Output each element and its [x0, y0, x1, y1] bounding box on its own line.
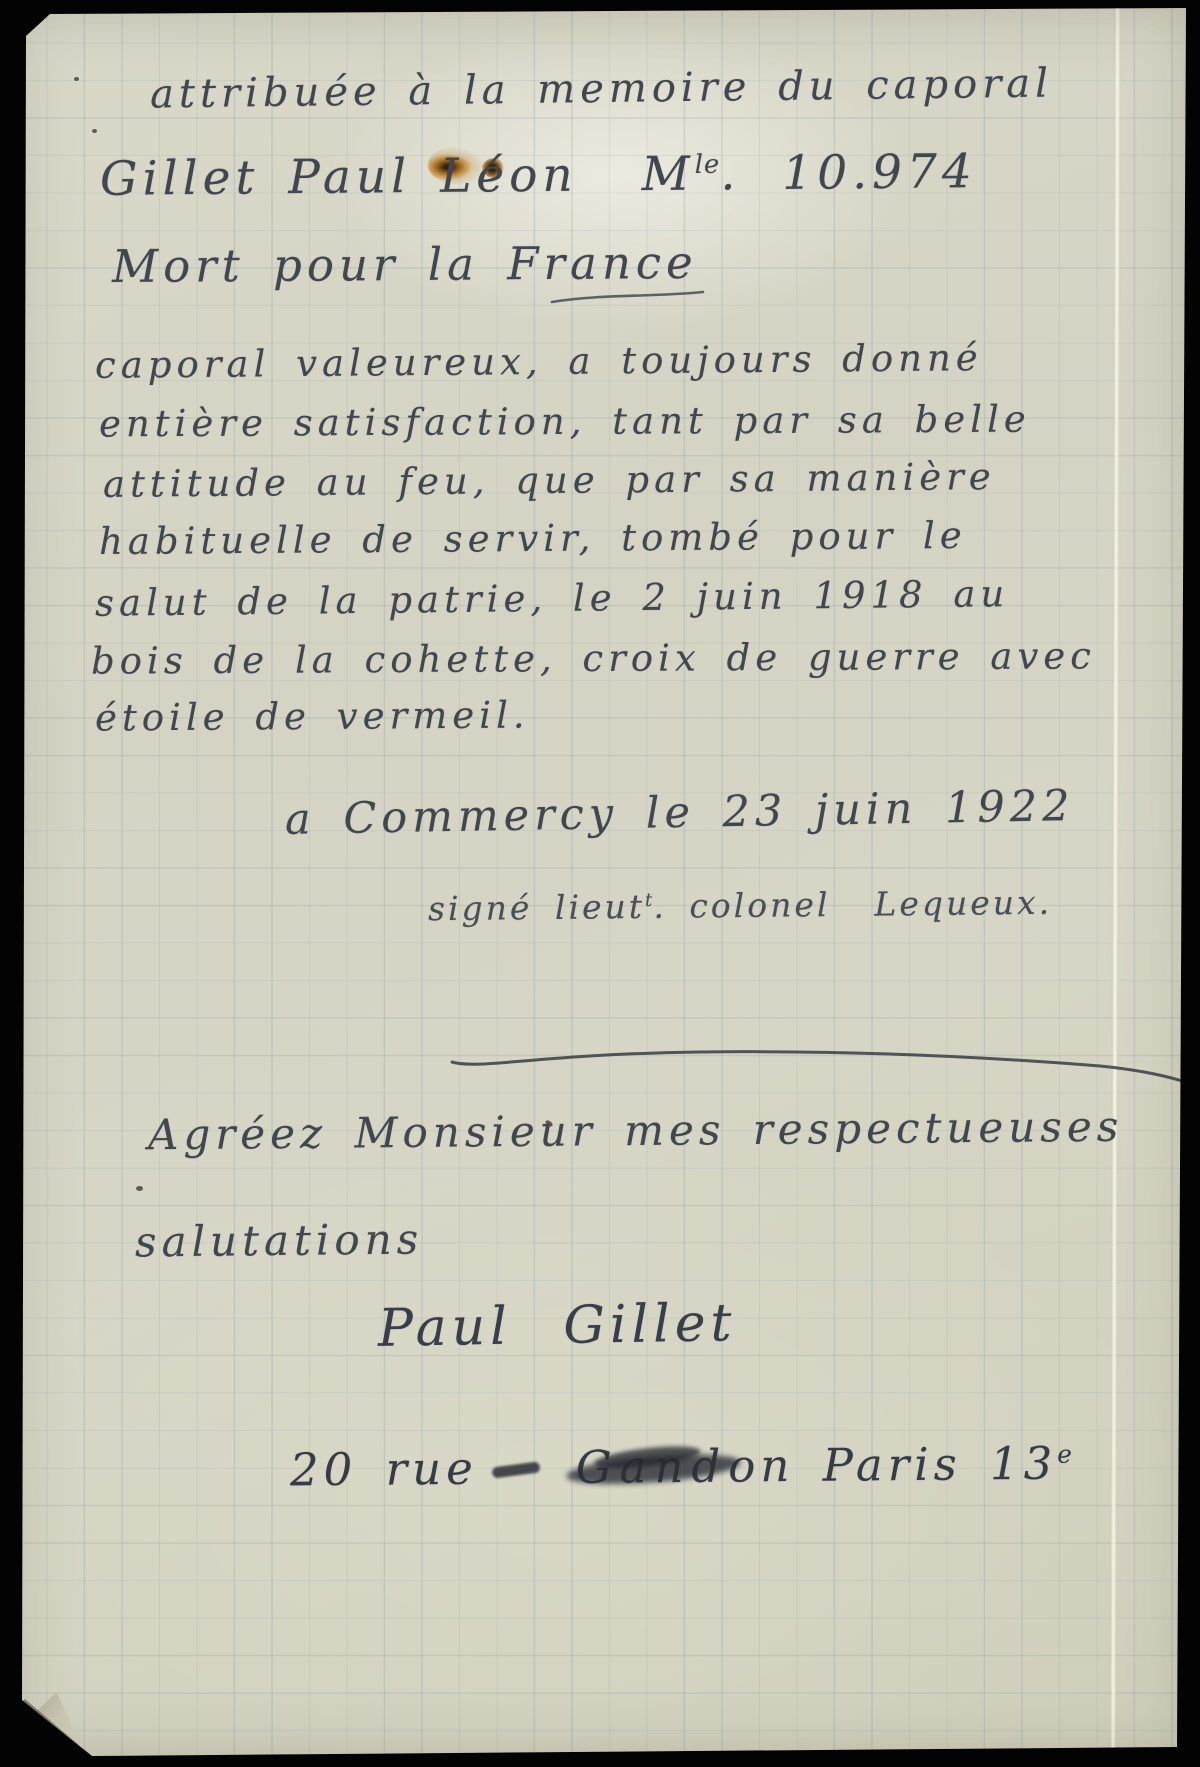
address-city: on Paris 13	[728, 1437, 1057, 1493]
address-number-street: 20 rue	[290, 1442, 478, 1497]
ink-blot-dash	[491, 1461, 540, 1478]
colonel-name: Lequeux.	[874, 883, 1052, 924]
matricule-number: 10.974	[782, 144, 977, 201]
address-line: 20 rueGandon Paris 13e	[290, 1437, 1073, 1497]
ink-burn-stain	[428, 146, 486, 184]
paper-speck	[136, 1186, 143, 1191]
name-matricule-line: Gillet Paul LéonMle.10.974	[100, 144, 977, 207]
closing-line-1: Agréez Monsieur mes respectueuses	[148, 1102, 1124, 1160]
superscript: t	[645, 890, 654, 911]
dateline: a Commercy le 23 juin 1922	[285, 781, 1075, 845]
ink-blot	[565, 1449, 742, 1489]
superscript: e	[1057, 1440, 1073, 1469]
attribution-line: attribuée à la memoire du caporal	[150, 60, 1053, 117]
body-line-1: caporal valeureux, a toujours donné	[95, 336, 983, 387]
fold-edge-shadow	[24, 1700, 91, 1757]
body-line-7: étoile de vermeil.	[95, 693, 530, 739]
body-line-2: entière satisfaction, tant par sa belle	[99, 398, 1031, 446]
matricule-abbrev: Mle.	[641, 146, 740, 202]
crossed-out-word: Gand	[575, 1440, 728, 1494]
paper-speck	[544, 1119, 553, 1128]
body-line-5: salut de la patrie, le 2 juin 1918 au	[95, 572, 1010, 625]
superscript: le	[695, 150, 721, 180]
ink-burn-stain-small	[482, 158, 508, 178]
ink-blot	[593, 1442, 701, 1472]
signature-underline	[452, 1052, 1188, 1083]
body-line-4: habituelle de servir, tombé pour le	[99, 514, 967, 563]
closing-line-2: salutations	[135, 1214, 424, 1266]
grid-paper-pattern	[0, 0, 1200, 1767]
mort-pour-la-france-line: Mort pour la France	[112, 236, 698, 293]
france-underline-flourish	[552, 292, 703, 302]
pen-flourish-strokes	[0, 0, 1200, 1767]
photo-stage: attribuée à la memoire du caporal Gillet…	[0, 0, 1200, 1767]
letter-page: attribuée à la memoire du caporal Gillet…	[0, 0, 1200, 1767]
sender-signature: Paul Gillet	[378, 1293, 737, 1359]
fold-crease	[1110, 6, 1122, 1750]
soldier-name: Gillet Paul Léon	[100, 148, 578, 207]
folded-corner	[20, 1688, 96, 1762]
paper-speck	[74, 77, 79, 81]
body-line-3: attitude au feu, que par sa manière	[103, 455, 996, 506]
body-line-6: bois de la cohette, croix de guerre avec	[91, 634, 1096, 682]
signature-reference-line: signé lieutt. colonelLequeux.	[428, 883, 1053, 929]
paper-speck	[92, 129, 97, 133]
